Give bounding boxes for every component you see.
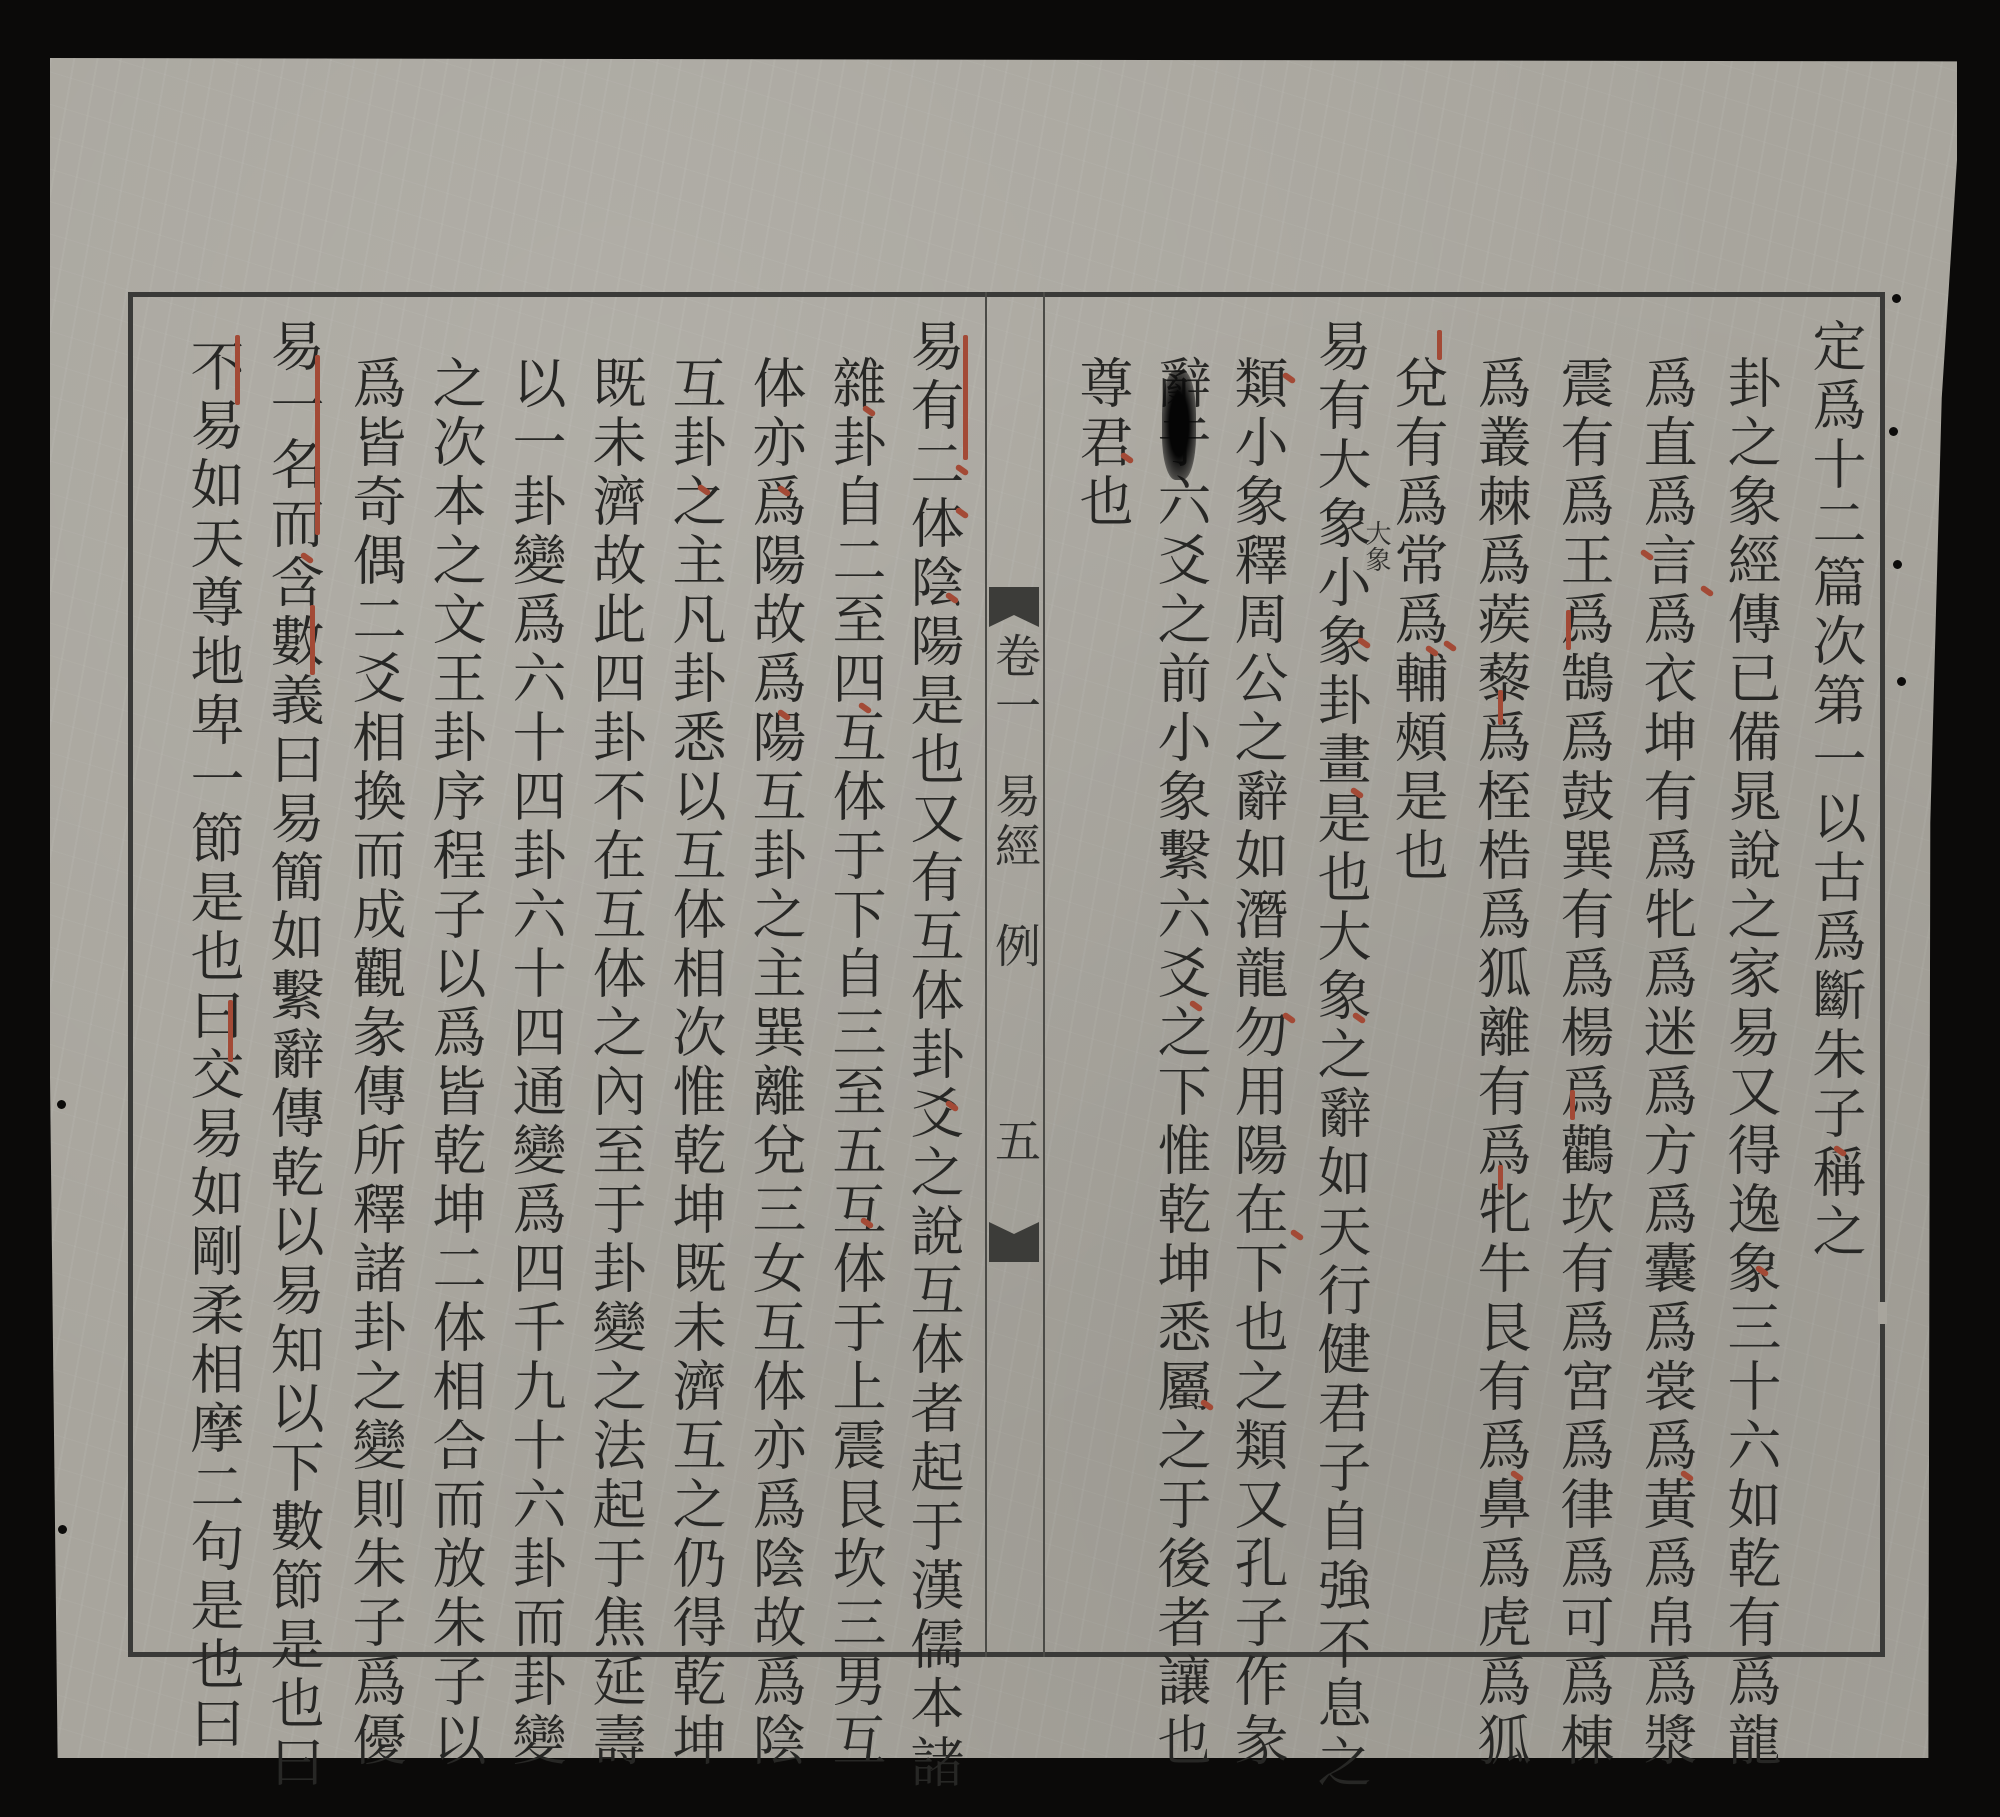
red-sideline-mark (315, 355, 320, 535)
binding-hole (58, 1525, 67, 1534)
banxin-volume: 卷一 (991, 632, 1039, 732)
text-column-l1: 易有二体陰陽是也又有互体卦爻之說互体者起于漢儒本諸 (903, 318, 963, 1793)
banxin-center-strip: 卷一 易經𦨖例 五 (985, 292, 1045, 1657)
text-column-r9: 辭于六爻之前小象繫六爻之下惟乾坤悉屬之于後者讓也 (1150, 355, 1210, 1771)
text-column-r3: 爲直爲言爲衣坤有爲牝爲迷爲方爲囊爲裳爲黃爲帛爲漿 (1636, 355, 1696, 1771)
banxin-left-rule (985, 292, 987, 1657)
binding-hole (1893, 560, 1902, 569)
binding-hole (1897, 677, 1906, 686)
upper-fish-tail-icon (989, 587, 1039, 627)
text-column-l4: 互卦之主凡卦悉以互体相次惟乾坤既未濟互之仍得乾坤 (665, 355, 725, 1771)
text-column-r4: 震有爲王爲鵠爲鼓巽有爲楊爲鸛坎有爲宮爲律爲可爲棟 (1553, 355, 1613, 1771)
binding-hole (57, 1100, 66, 1109)
ink-blot (1162, 370, 1196, 480)
text-column-r2: 卦之象經傳已備晁說之家易又得逸象三十六如乾有爲龍 (1720, 355, 1780, 1771)
text-column-l8: 爲皆奇偶二爻相換而成觀彖傳所釋諸卦之變則朱子爲優 (345, 355, 405, 1771)
lower-fish-tail-icon (989, 1222, 1039, 1262)
text-column-l2: 雜卦自二至四互体于下自三至五互体于上震艮坎三男互 (825, 355, 885, 1771)
red-sideline-mark (1566, 610, 1571, 650)
text-column-l3: 体亦爲陽故爲陽互卦之主巽離兌三女互体亦爲陰故爲陰 (745, 355, 805, 1771)
text-column-l10: 不易如天尊地卑一節是也曰交易如剛柔相摩二句是也曰 (183, 338, 243, 1754)
text-column-l6: 以一卦變爲六十四卦六十四通變爲四千九十六卦而卦變 (505, 355, 565, 1771)
text-column-r10: 尊君也 (1072, 355, 1132, 532)
text-column-r6: 兌有爲常爲輔頰是也 (1387, 355, 1447, 886)
banxin-title: 易經𦨖例 (991, 772, 1039, 972)
frame-gap (1878, 1302, 1887, 1324)
text-column-l7: 之次本之文王卦序程子以爲皆乾坤二体相合而放朱子以 (425, 355, 485, 1771)
red-sideline-mark (1570, 1090, 1575, 1120)
red-sideline-mark (963, 335, 968, 460)
text-column-r8: 類小象釋周公之辭如潛龍勿用陽在下也之類又孔子作彖 (1227, 355, 1287, 1771)
binding-hole (1892, 294, 1901, 303)
red-sideline-mark (1498, 1165, 1503, 1190)
text-column-l5: 既未濟故此四卦不在互体之內至于卦變之法起于焦延壽 (585, 355, 645, 1771)
red-sideline-mark (1498, 690, 1503, 725)
text-column-r1: 定爲十二篇次第一以古爲斷朱子稱之 (1805, 318, 1865, 1262)
red-sideline-mark (228, 1000, 233, 1062)
red-sideline-mark (1437, 330, 1442, 360)
small-annotation-daxiang: 大象 (1358, 520, 1395, 572)
banxin-right-rule (1043, 292, 1045, 1657)
binding-hole (1889, 427, 1898, 436)
red-sideline-mark (310, 605, 315, 675)
text-column-r5: 爲叢棘爲蒺藜爲桎梏爲狐離有爲牝牛艮有爲鼻爲虎爲狐 (1470, 355, 1530, 1771)
text-column-l9: 易一名而含數義曰易簡如繫辭傳乾以易知以下數節是也曰 (263, 318, 323, 1793)
banxin-page-number: 五 (991, 1117, 1039, 1167)
red-sideline-mark (235, 335, 240, 405)
